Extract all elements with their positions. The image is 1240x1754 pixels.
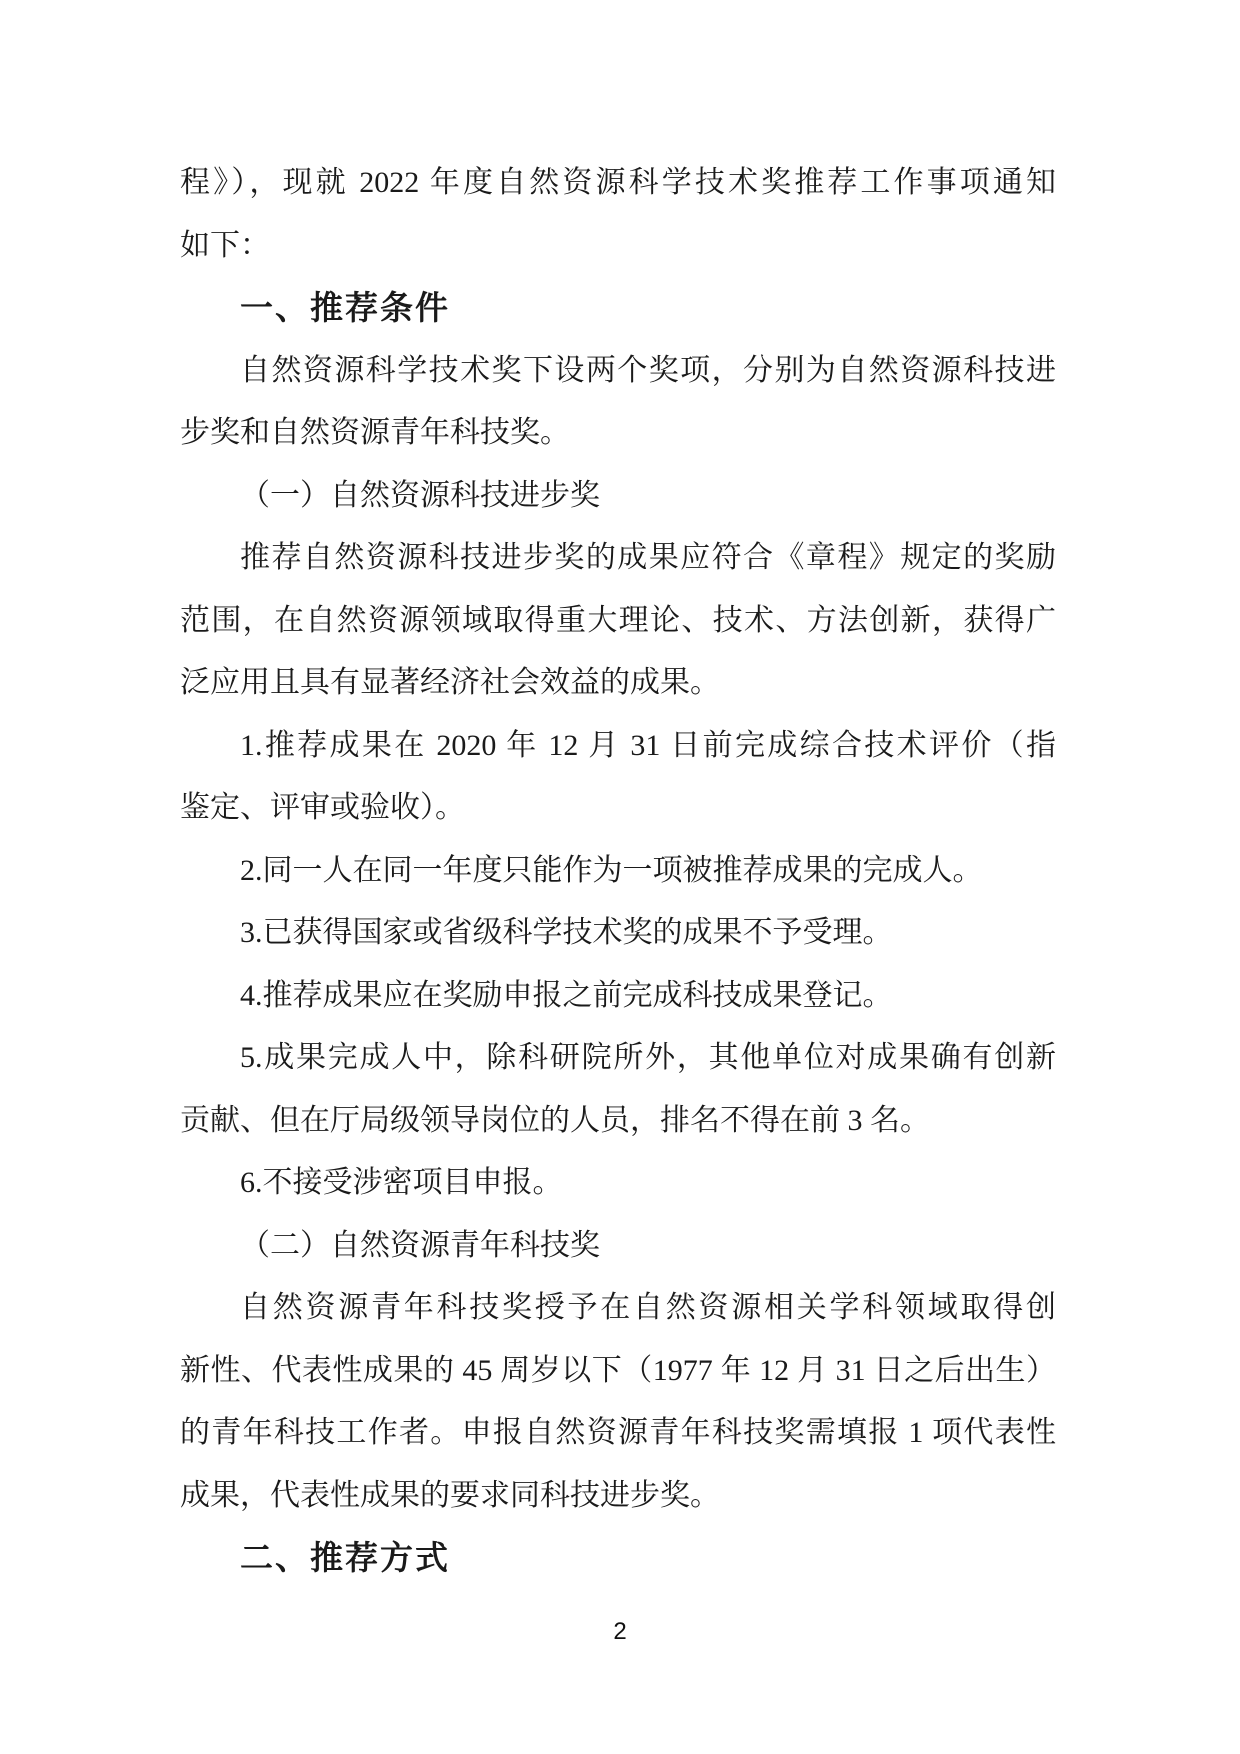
doc-line-continuation: 程》），现就 2022 年度自然资源科学技术奖推荐工作事项通知: [180, 152, 1056, 215]
list-item-3: 3.已获得国家或省级科学技术奖的成果不予受理。: [180, 902, 1056, 965]
list-item-1: 1.推荐成果在 2020 年 12 月 31 日前完成综合技术评价（指: [180, 715, 1056, 778]
list-item-6: 6.不接受涉密项目申报。: [180, 1152, 1056, 1215]
list-item-4: 4.推荐成果应在奖励申报之前完成科技成果登记。: [180, 965, 1056, 1028]
doc-line: 推荐自然资源科技进步奖的成果应符合《章程》规定的奖励: [180, 527, 1056, 590]
doc-line: 泛应用且具有显著经济社会效益的成果。: [180, 652, 1056, 715]
document-body: 程》），现就 2022 年度自然资源科学技术奖推荐工作事项通知 如下： 一、推荐…: [180, 152, 1056, 1590]
page-number: 2: [613, 1618, 626, 1645]
doc-line: 自然资源科学技术奖下设两个奖项，分别为自然资源科技进: [180, 340, 1056, 403]
subsection-heading-youth-award: （二）自然资源青年科技奖: [180, 1215, 1056, 1278]
doc-line: 自然资源青年科技奖授予在自然资源相关学科领域取得创: [180, 1277, 1056, 1340]
list-item-2: 2.同一人在同一年度只能作为一项被推荐成果的完成人。: [180, 840, 1056, 903]
doc-line: 新性、代表性成果的 45 周岁以下（1977 年 12 月 31 日之后出生）: [180, 1340, 1056, 1403]
doc-line: 成果，代表性成果的要求同科技进步奖。: [180, 1465, 1056, 1528]
section-heading-recommendation-method: 二、推荐方式: [180, 1527, 1056, 1590]
doc-line: 步奖和自然资源青年科技奖。: [180, 402, 1056, 465]
doc-line: 贡献、但在厅局级领导岗位的人员，排名不得在前 3 名。: [180, 1090, 1056, 1153]
page-footer: 2: [0, 1618, 1240, 1646]
subsection-heading-progress-award: （一）自然资源科技进步奖: [180, 465, 1056, 528]
doc-line: 范围，在自然资源领域取得重大理论、技术、方法创新，获得广: [180, 590, 1056, 653]
doc-line: 的青年科技工作者。申报自然资源青年科技奖需填报 1 项代表性: [180, 1402, 1056, 1465]
section-heading-recommendation-conditions: 一、推荐条件: [180, 277, 1056, 340]
list-item-5: 5.成果完成人中，除科研院所外，其他单位对成果确有创新: [180, 1027, 1056, 1090]
doc-line: 鉴定、评审或验收）。: [180, 777, 1056, 840]
doc-line: 如下：: [180, 215, 1056, 278]
